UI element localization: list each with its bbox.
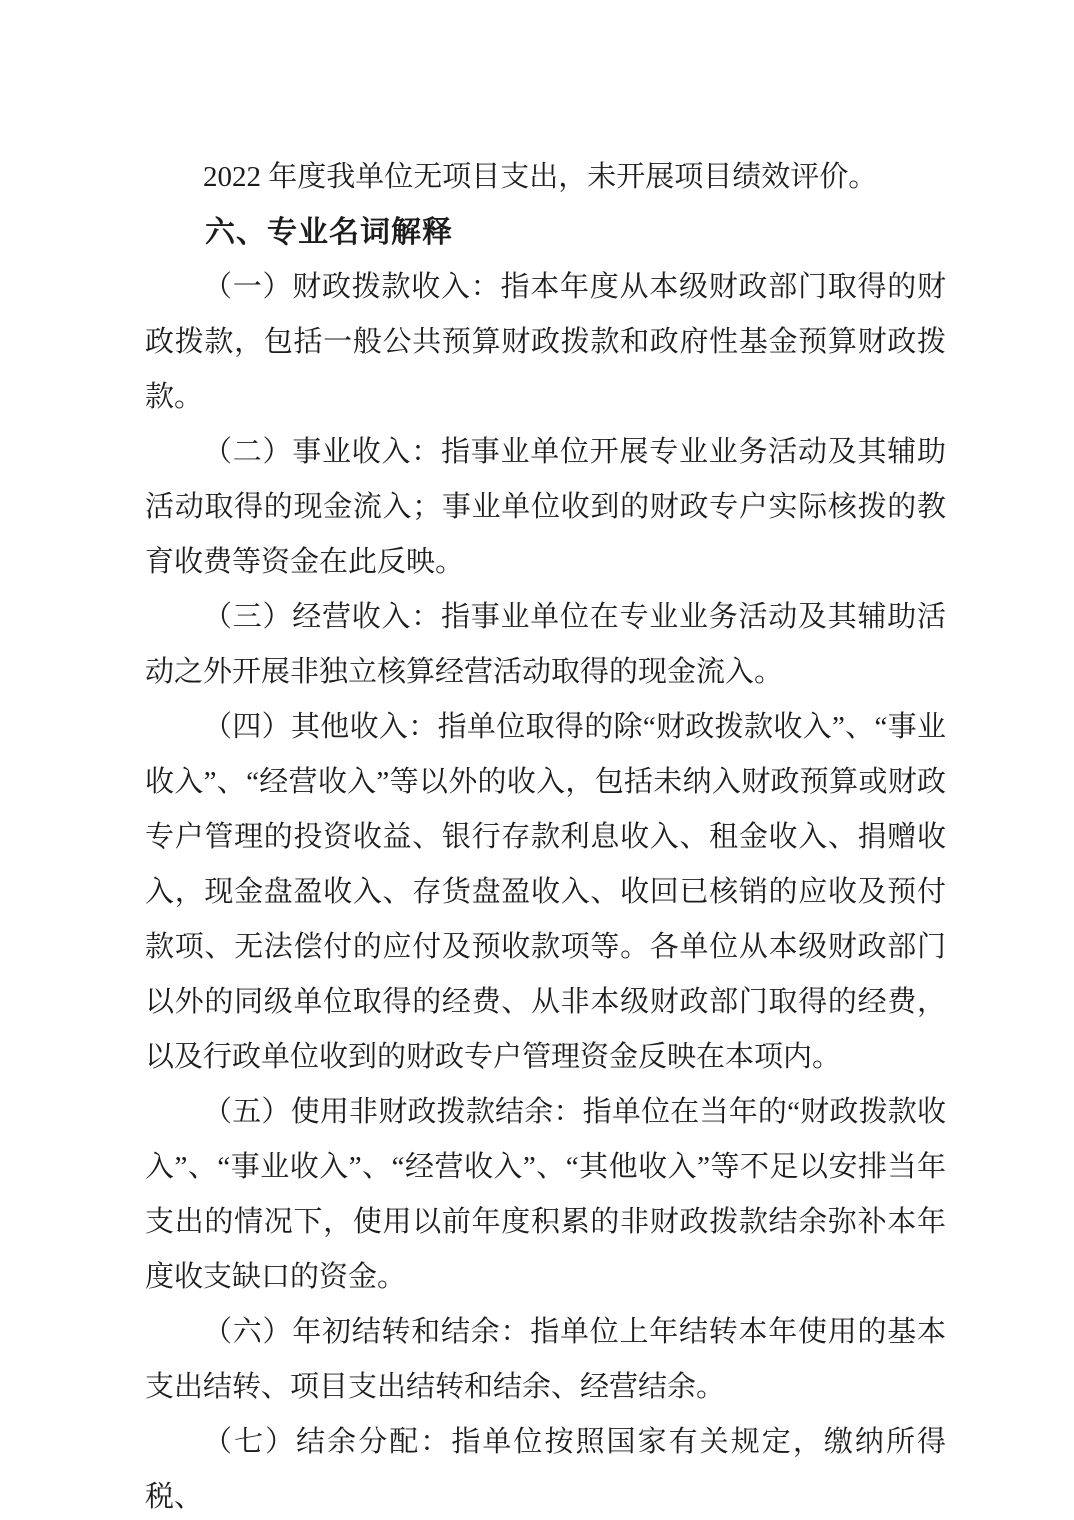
paragraph: （五）使用非财政拨款结余：指单位在当年的“财政拨款收入”、“事业收入”、“经营收… [145, 1085, 946, 1305]
paragraph: （四）其他收入：指单位取得的除“财政拨款收入”、“事业收入”、“经营收入”等以外… [145, 700, 946, 1085]
paragraph: （三）经营收入：指事业单位在专业业务活动及其辅助活动之外开展非独立核算经营活动取… [145, 590, 946, 700]
paragraph: （二）事业收入：指事业单位开展专业业务活动及其辅助活动取得的现金流入；事业单位收… [145, 425, 946, 590]
paragraph: （一）财政拨款收入：指本年度从本级财政部门取得的财政拨款，包括一般公共预算财政拨… [145, 260, 946, 425]
document-content: 2022 年度我单位无项目支出，未开展项目绩效评价。六、专业名词解释（一）财政拨… [145, 150, 946, 1520]
paragraph: 2022 年度我单位无项目支出，未开展项目绩效评价。 [145, 150, 946, 205]
paragraph: （七）结余分配：指单位按照国家有关规定，缴纳所得税、 [145, 1415, 946, 1520]
section-heading: 六、专业名词解释 [145, 205, 946, 260]
document-page: 2022 年度我单位无项目支出，未开展项目绩效评价。六、专业名词解释（一）财政拨… [0, 0, 1074, 1520]
paragraph: （六）年初结转和结余：指单位上年结转本年使用的基本支出结转、项目支出结转和结余、… [145, 1305, 946, 1415]
